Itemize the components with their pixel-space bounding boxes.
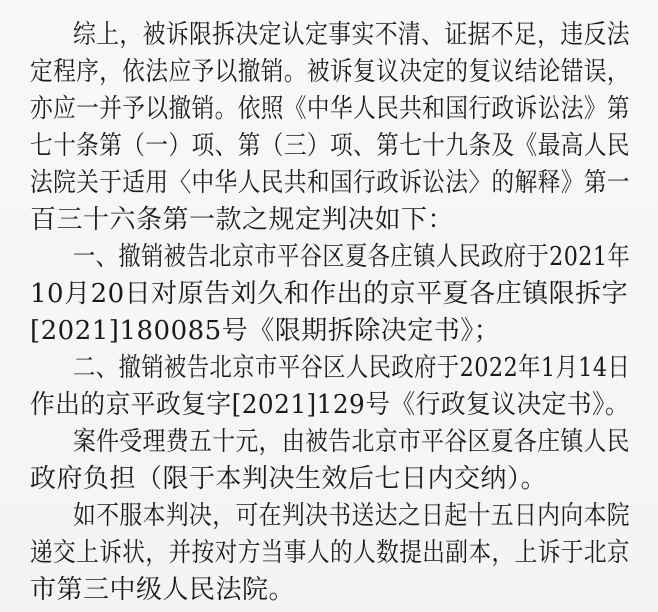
- text-line: 10月20日对原告刘久和作出的京平夏各庄镇限拆字: [30, 279, 630, 309]
- text-line: 法院关于适用〈中华人民共和国行政诉讼法〉的解释》第一: [30, 168, 552, 198]
- text-line: 如不服本判决，可在判决书送达之日起十五日内向本院: [73, 501, 561, 531]
- document-page: 综上，被诉限拆决定认定事实不清、证据不足，违反法 定程序，依法应予以撤销。被诉复…: [0, 0, 658, 612]
- text-line: 亦应一并予以撤销。依照《中华人民共和国行政诉讼法》第: [30, 94, 552, 124]
- text-line: 定程序，依法应予以撤销。被诉复议决定的复议结论错误，: [30, 57, 552, 87]
- text-line: 政府负担（限于本判决生效后七日内交纳）。: [30, 464, 630, 494]
- text-line: 二、撤销被告北京市平谷区人民政府于2022年1月14日: [73, 353, 551, 383]
- text-line: [2021]180085号《限期拆除决定书》；: [30, 316, 630, 346]
- text-line: 递交上诉状，并按对方当事人的人数提出副本，上诉于北京: [30, 538, 552, 568]
- text-line: 综上，被诉限拆决定认定事实不清、证据不足，违反法: [73, 20, 561, 50]
- text-line: 一、撤销被告北京市平谷区夏各庄镇人民政府于2021年: [73, 242, 550, 272]
- text-line: 百三十六条第一款之规定判决如下：: [30, 205, 630, 235]
- text-line: 七十条第（一）项、第（三）项、第七十九条及《最高人民: [30, 131, 552, 161]
- text-line: 案件受理费五十元，由被告北京市平谷区夏各庄镇人民: [73, 427, 561, 457]
- text-line: 作出的京平政复字[2021]129号《行政复议决定书》。: [30, 390, 601, 420]
- text-line: 市第三中级人民法院。: [30, 575, 630, 605]
